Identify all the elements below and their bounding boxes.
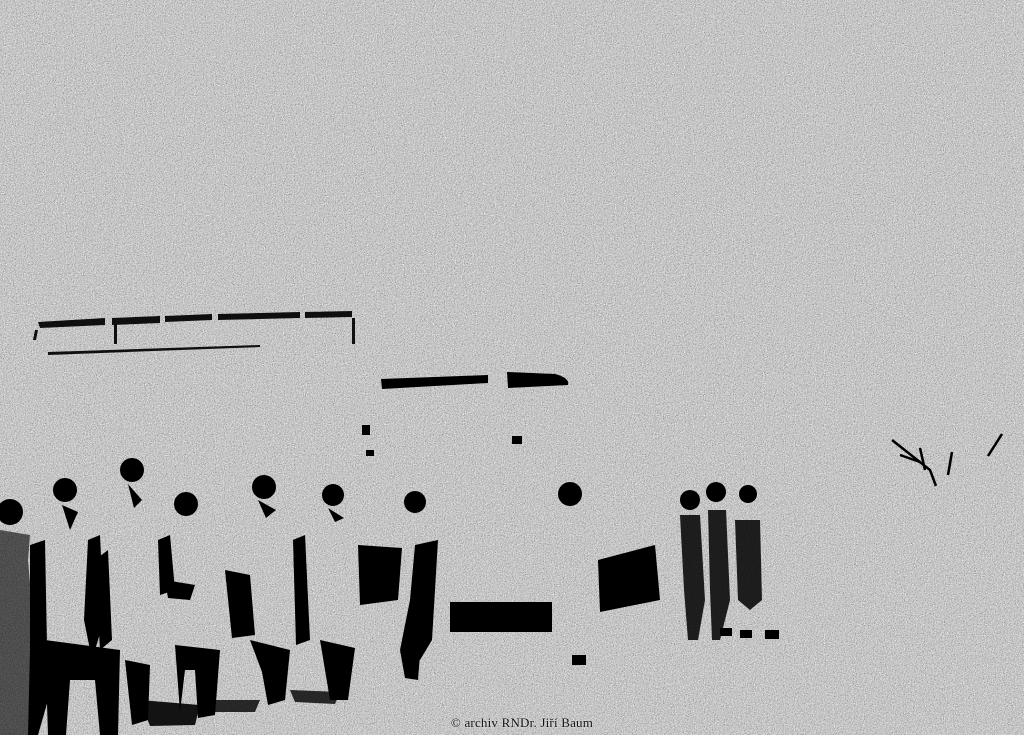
person	[225, 475, 290, 705]
person	[706, 482, 730, 640]
photo-credit-caption: © archiv RNDr. Jiří Baum	[0, 715, 1024, 731]
archival-photograph: © archiv RNDr. Jiří Baum	[0, 0, 1024, 735]
person	[293, 484, 355, 700]
vehicle-silhouette	[381, 372, 568, 389]
person	[358, 491, 438, 680]
tree-branches	[892, 434, 1002, 486]
person	[680, 490, 705, 640]
building-silhouette	[33, 311, 355, 355]
person	[735, 485, 762, 610]
person	[0, 499, 48, 735]
group-of-people	[0, 458, 438, 735]
person	[158, 492, 220, 718]
